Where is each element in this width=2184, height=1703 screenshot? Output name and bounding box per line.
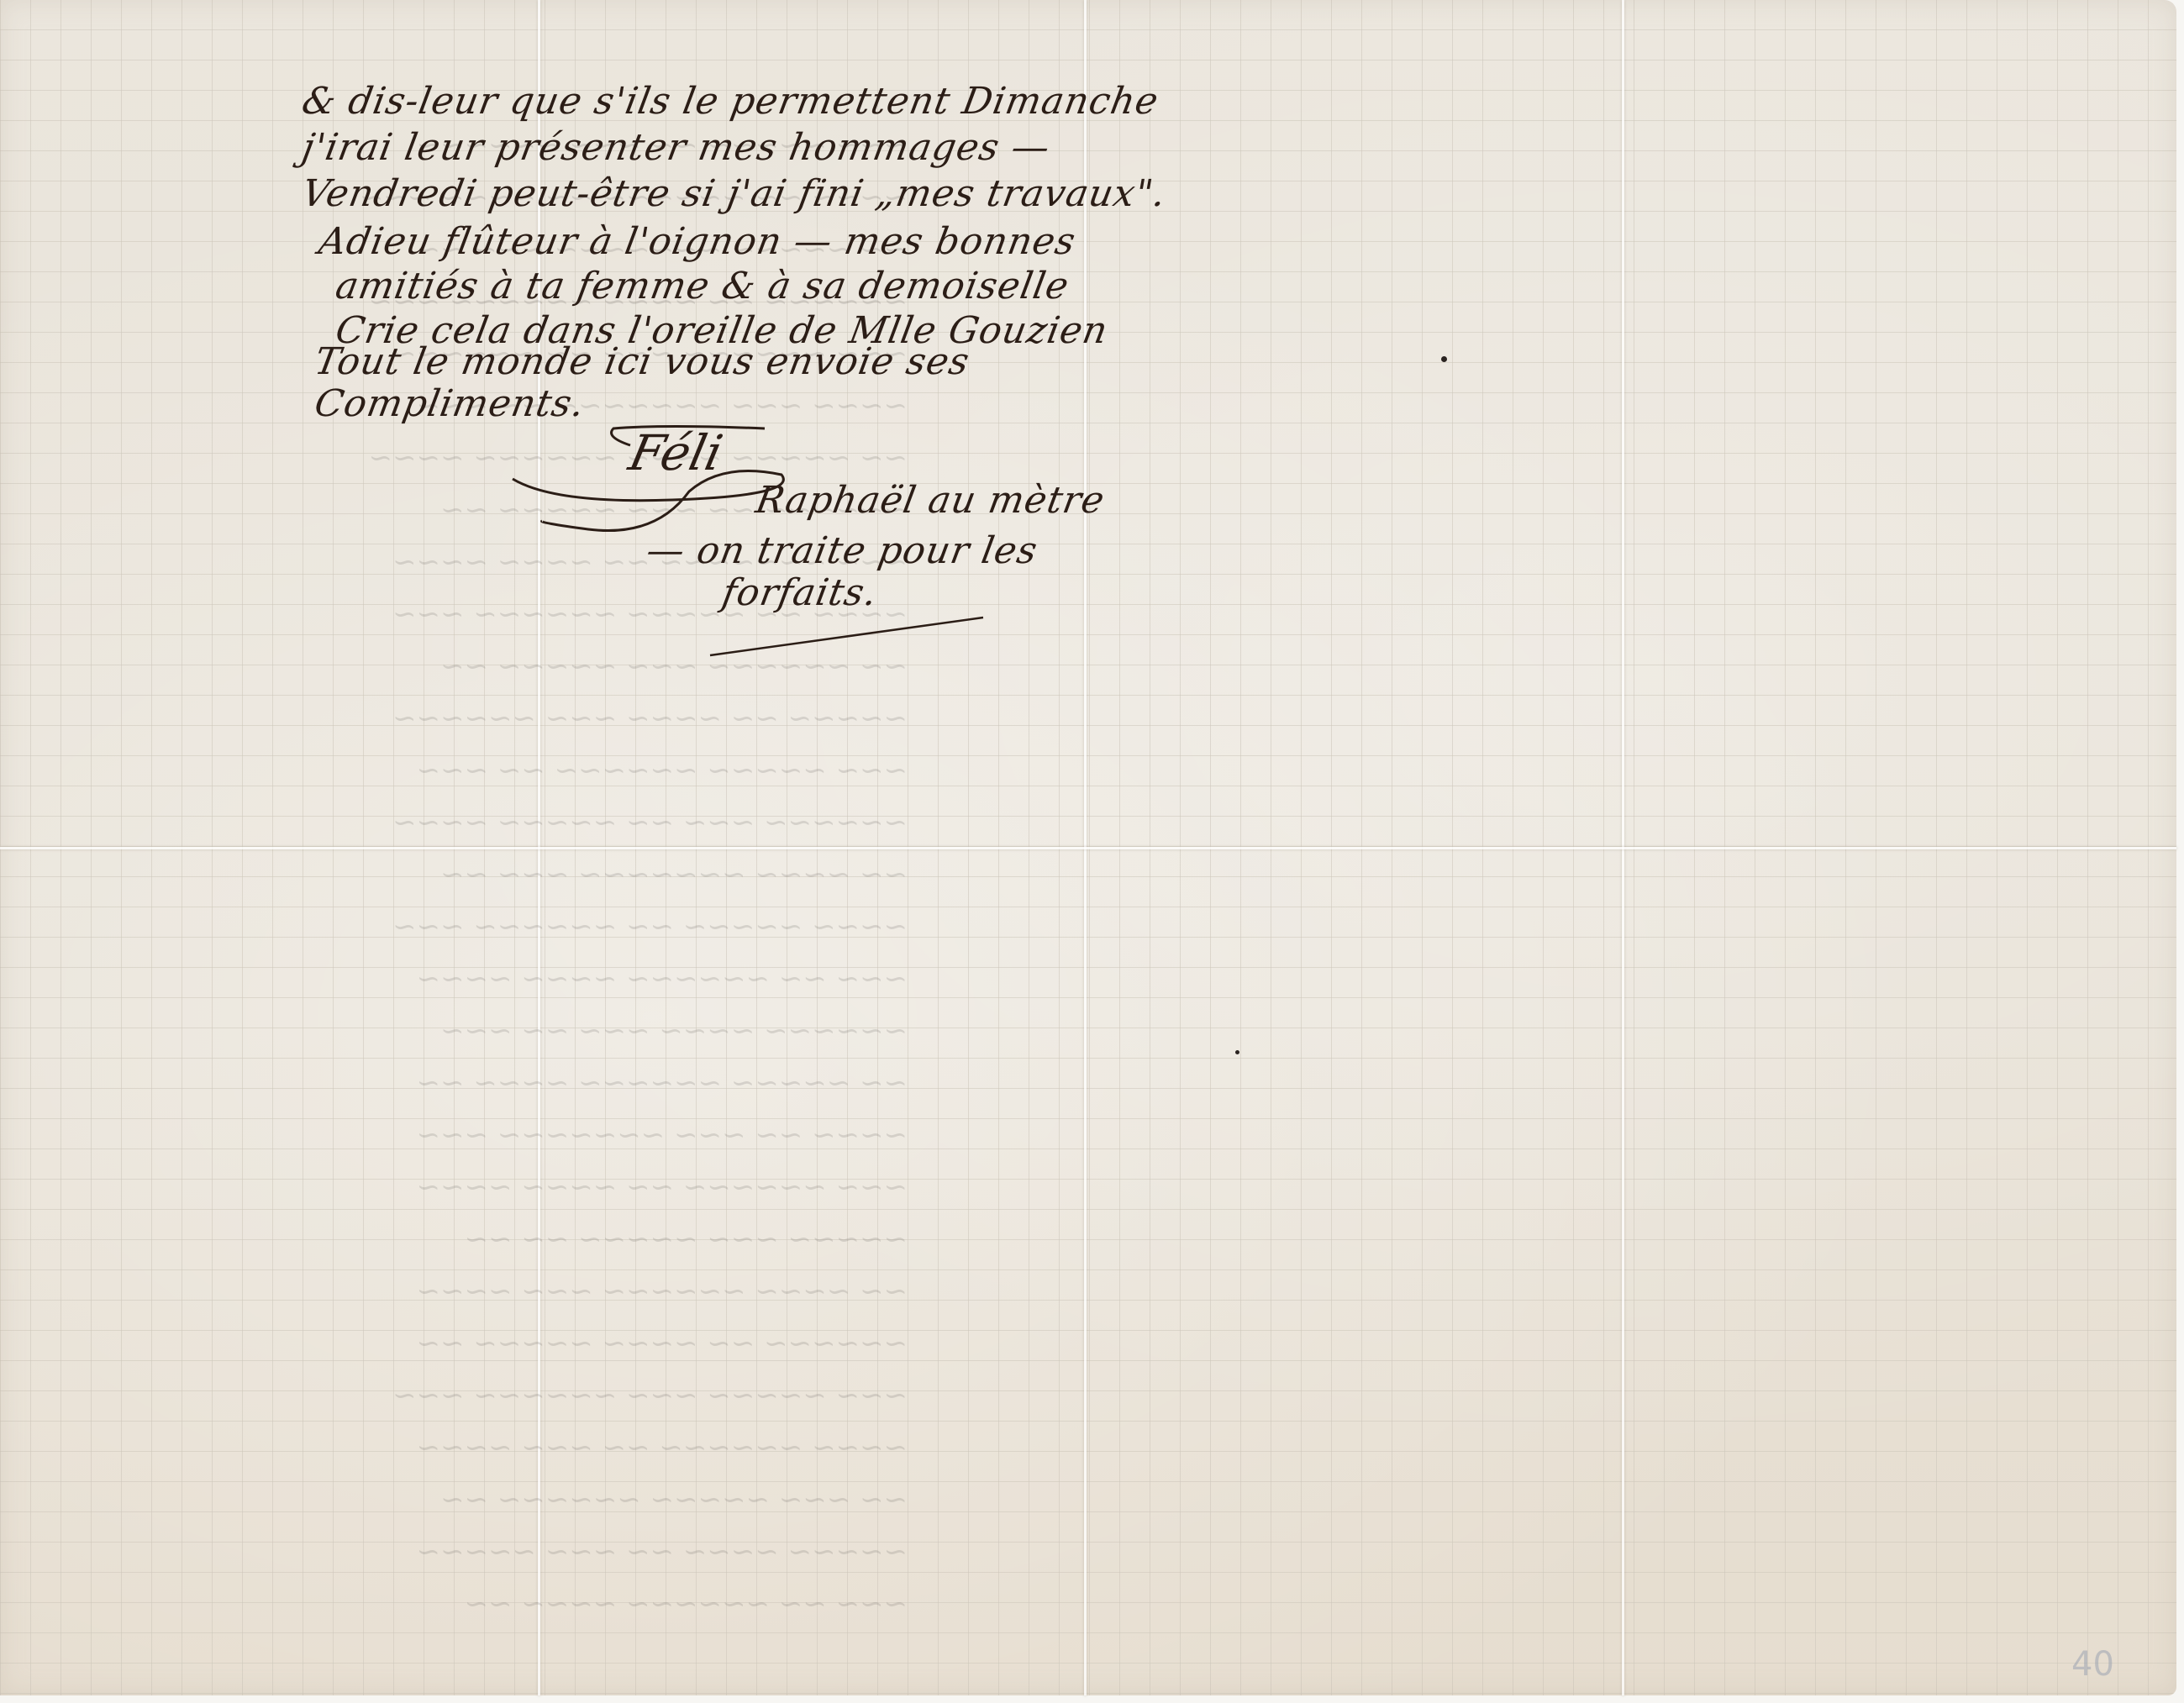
pencil-page-marking: 40	[2071, 1645, 2114, 1684]
horizontal-fold	[0, 847, 2176, 849]
letter-line-5: amitiés à ta femme & à sa demoiselle	[333, 265, 1073, 307]
grid-paper-sheet: ~~~ ~~~~~ ~~ ~~~ ~~~~~~ ~~~~ ~~ ~~~~~~ ~…	[0, 0, 2176, 1695]
letter-line-3: Vendredi peut-être si j'ai fini „mes tra…	[299, 172, 1170, 215]
letter-line-2: j'irai leur présenter mes hommages —	[299, 126, 1054, 169]
letter-line-8: Compliments.	[312, 382, 589, 425]
letter-line-7: Tout le monde ici vous envoie ses	[312, 340, 973, 383]
letter-line-1: & dis-leur que s'ils le permettent Diman…	[299, 80, 1162, 123]
postscript-underline	[706, 613, 992, 664]
postscript-line-3: forfaits.	[719, 571, 881, 614]
signature: Féli	[624, 424, 728, 481]
scanned-letter: ~~~ ~~~~~ ~~ ~~~ ~~~~~~ ~~~~ ~~ ~~~~~~ ~…	[0, 0, 2184, 1703]
letter-line-4: Adieu flûteur à l'oignon — mes bonnes	[316, 220, 1080, 263]
ink-speck	[1441, 356, 1447, 362]
postscript-line-1: Raphaël au mètre	[753, 479, 1108, 522]
ink-speck	[1235, 1050, 1239, 1054]
postscript-line-2: — on traite pour les	[644, 529, 1041, 572]
